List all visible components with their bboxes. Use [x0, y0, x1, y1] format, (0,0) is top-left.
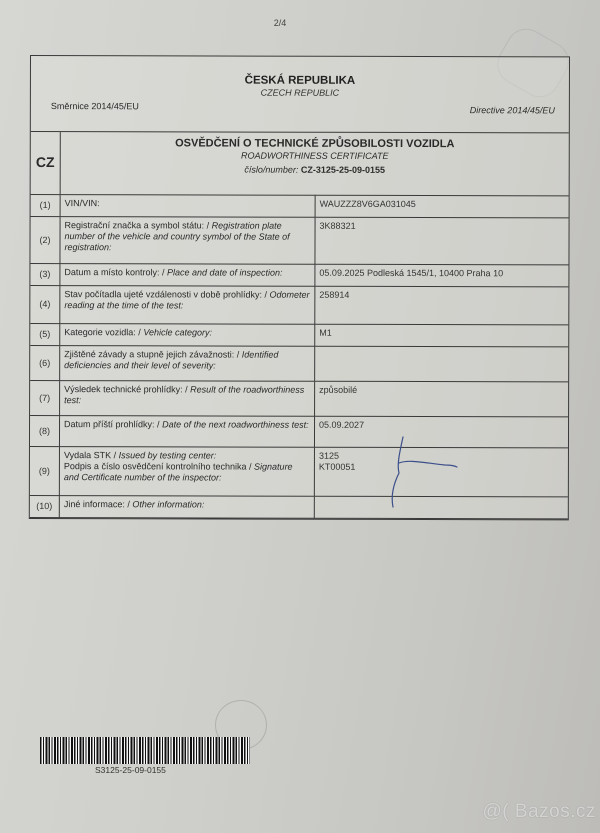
table-row: (8) Datum příští prohlídky: / Date of th…: [30, 416, 568, 448]
vehicle-category-value: M1: [315, 324, 569, 347]
inspector-signature: [385, 435, 475, 510]
field-label: Vydala STK / Issued by testing center: P…: [59, 447, 314, 497]
test-result-value: způsobilé: [315, 381, 569, 417]
field-label: Datum a místo kontroly: / Place and date…: [60, 264, 315, 287]
registration-plate-value: 3K88321: [315, 217, 569, 265]
table-row: (4) Stav počítadla ujeté vzdálenosti v d…: [30, 286, 568, 325]
country-title-cz: ČESKÁ REPUBLIKA: [31, 74, 569, 87]
field-label: Stav počítadla ujeté vzdálenosti v době …: [60, 286, 315, 325]
vin-value: WAUZZZ8V6GA031045: [315, 195, 569, 218]
table-row: (10) Jiné informace: / Other information…: [30, 496, 568, 519]
field-label: Datum příští prohlídky: / Date of the ne…: [59, 416, 314, 448]
bazos-watermark: @( Bazos.cz: [483, 801, 596, 823]
table-row: (2) Registrační značka a symbol státu: /…: [30, 217, 568, 265]
directive-en: Directive 2014/45/EU: [470, 105, 555, 115]
inspection-place-date-value: 05.09.2025 Podleská 1545/1, 10400 Praha …: [315, 264, 569, 287]
page-number: 2/4: [0, 18, 560, 28]
table-row: (5) Kategorie vozidla: / Vehicle categor…: [30, 324, 568, 347]
title-row: CZ OSVĚDČENÍ O TECHNICKÉ ZPŮSOBILOSTI VO…: [31, 132, 569, 196]
field-label: Kategorie vozidla: / Vehicle category:: [60, 324, 315, 347]
table-row: (9) Vydala STK / Issued by testing cente…: [30, 447, 568, 497]
barcode: S3125-25-09-0155: [40, 737, 250, 775]
table-row: (1) VIN/VIN: WAUZZZ8V6GA031045: [31, 195, 569, 218]
country-title-en: CZECH REPUBLIC: [31, 87, 569, 98]
table-row: (7) Výsledek technické prohlídky: / Resu…: [30, 381, 568, 417]
certificate-form: ČESKÁ REPUBLIKA CZECH REPUBLIC Směrnice …: [29, 55, 570, 520]
field-label: Výsledek technické prohlídky: / Result o…: [60, 381, 315, 417]
field-label: Registrační značka a symbol státu: / Reg…: [60, 217, 315, 265]
directive-cz: Směrnice 2014/45/EU: [51, 101, 139, 111]
barcode-text: S3125-25-09-0155: [95, 765, 250, 775]
table-row: (6) Zjištěné závady a stupně jejich záva…: [30, 346, 568, 382]
certificate-title-block: OSVĚDČENÍ O TECHNICKÉ ZPŮSOBILOSTI VOZID…: [60, 132, 569, 196]
deficiencies-value: [315, 346, 569, 382]
field-label: Zjištěné závady a stupně jejich závažnos…: [60, 346, 315, 382]
certificate-title-cz: OSVĚDČENÍ O TECHNICKÉ ZPŮSOBILOSTI VOZID…: [65, 137, 565, 152]
barcode-bars: [40, 737, 250, 764]
field-label: VIN/VIN:: [60, 195, 315, 218]
certificate-title-en: ROADWORTHINESS CERTIFICATE: [65, 150, 565, 162]
country-code: CZ: [31, 132, 61, 195]
field-label: Jiné informace: / Other information:: [59, 496, 314, 519]
odometer-value: 258914: [315, 286, 569, 325]
table-row: (3) Datum a místo kontroly: / Place and …: [30, 264, 568, 287]
certificate-table: CZ OSVĚDČENÍ O TECHNICKÉ ZPŮSOBILOSTI VO…: [30, 132, 569, 519]
certificate-number: číslo/number: CZ-3125-25-09-0155: [65, 164, 565, 176]
form-header: ČESKÁ REPUBLIKA CZECH REPUBLIC Směrnice …: [31, 56, 569, 133]
